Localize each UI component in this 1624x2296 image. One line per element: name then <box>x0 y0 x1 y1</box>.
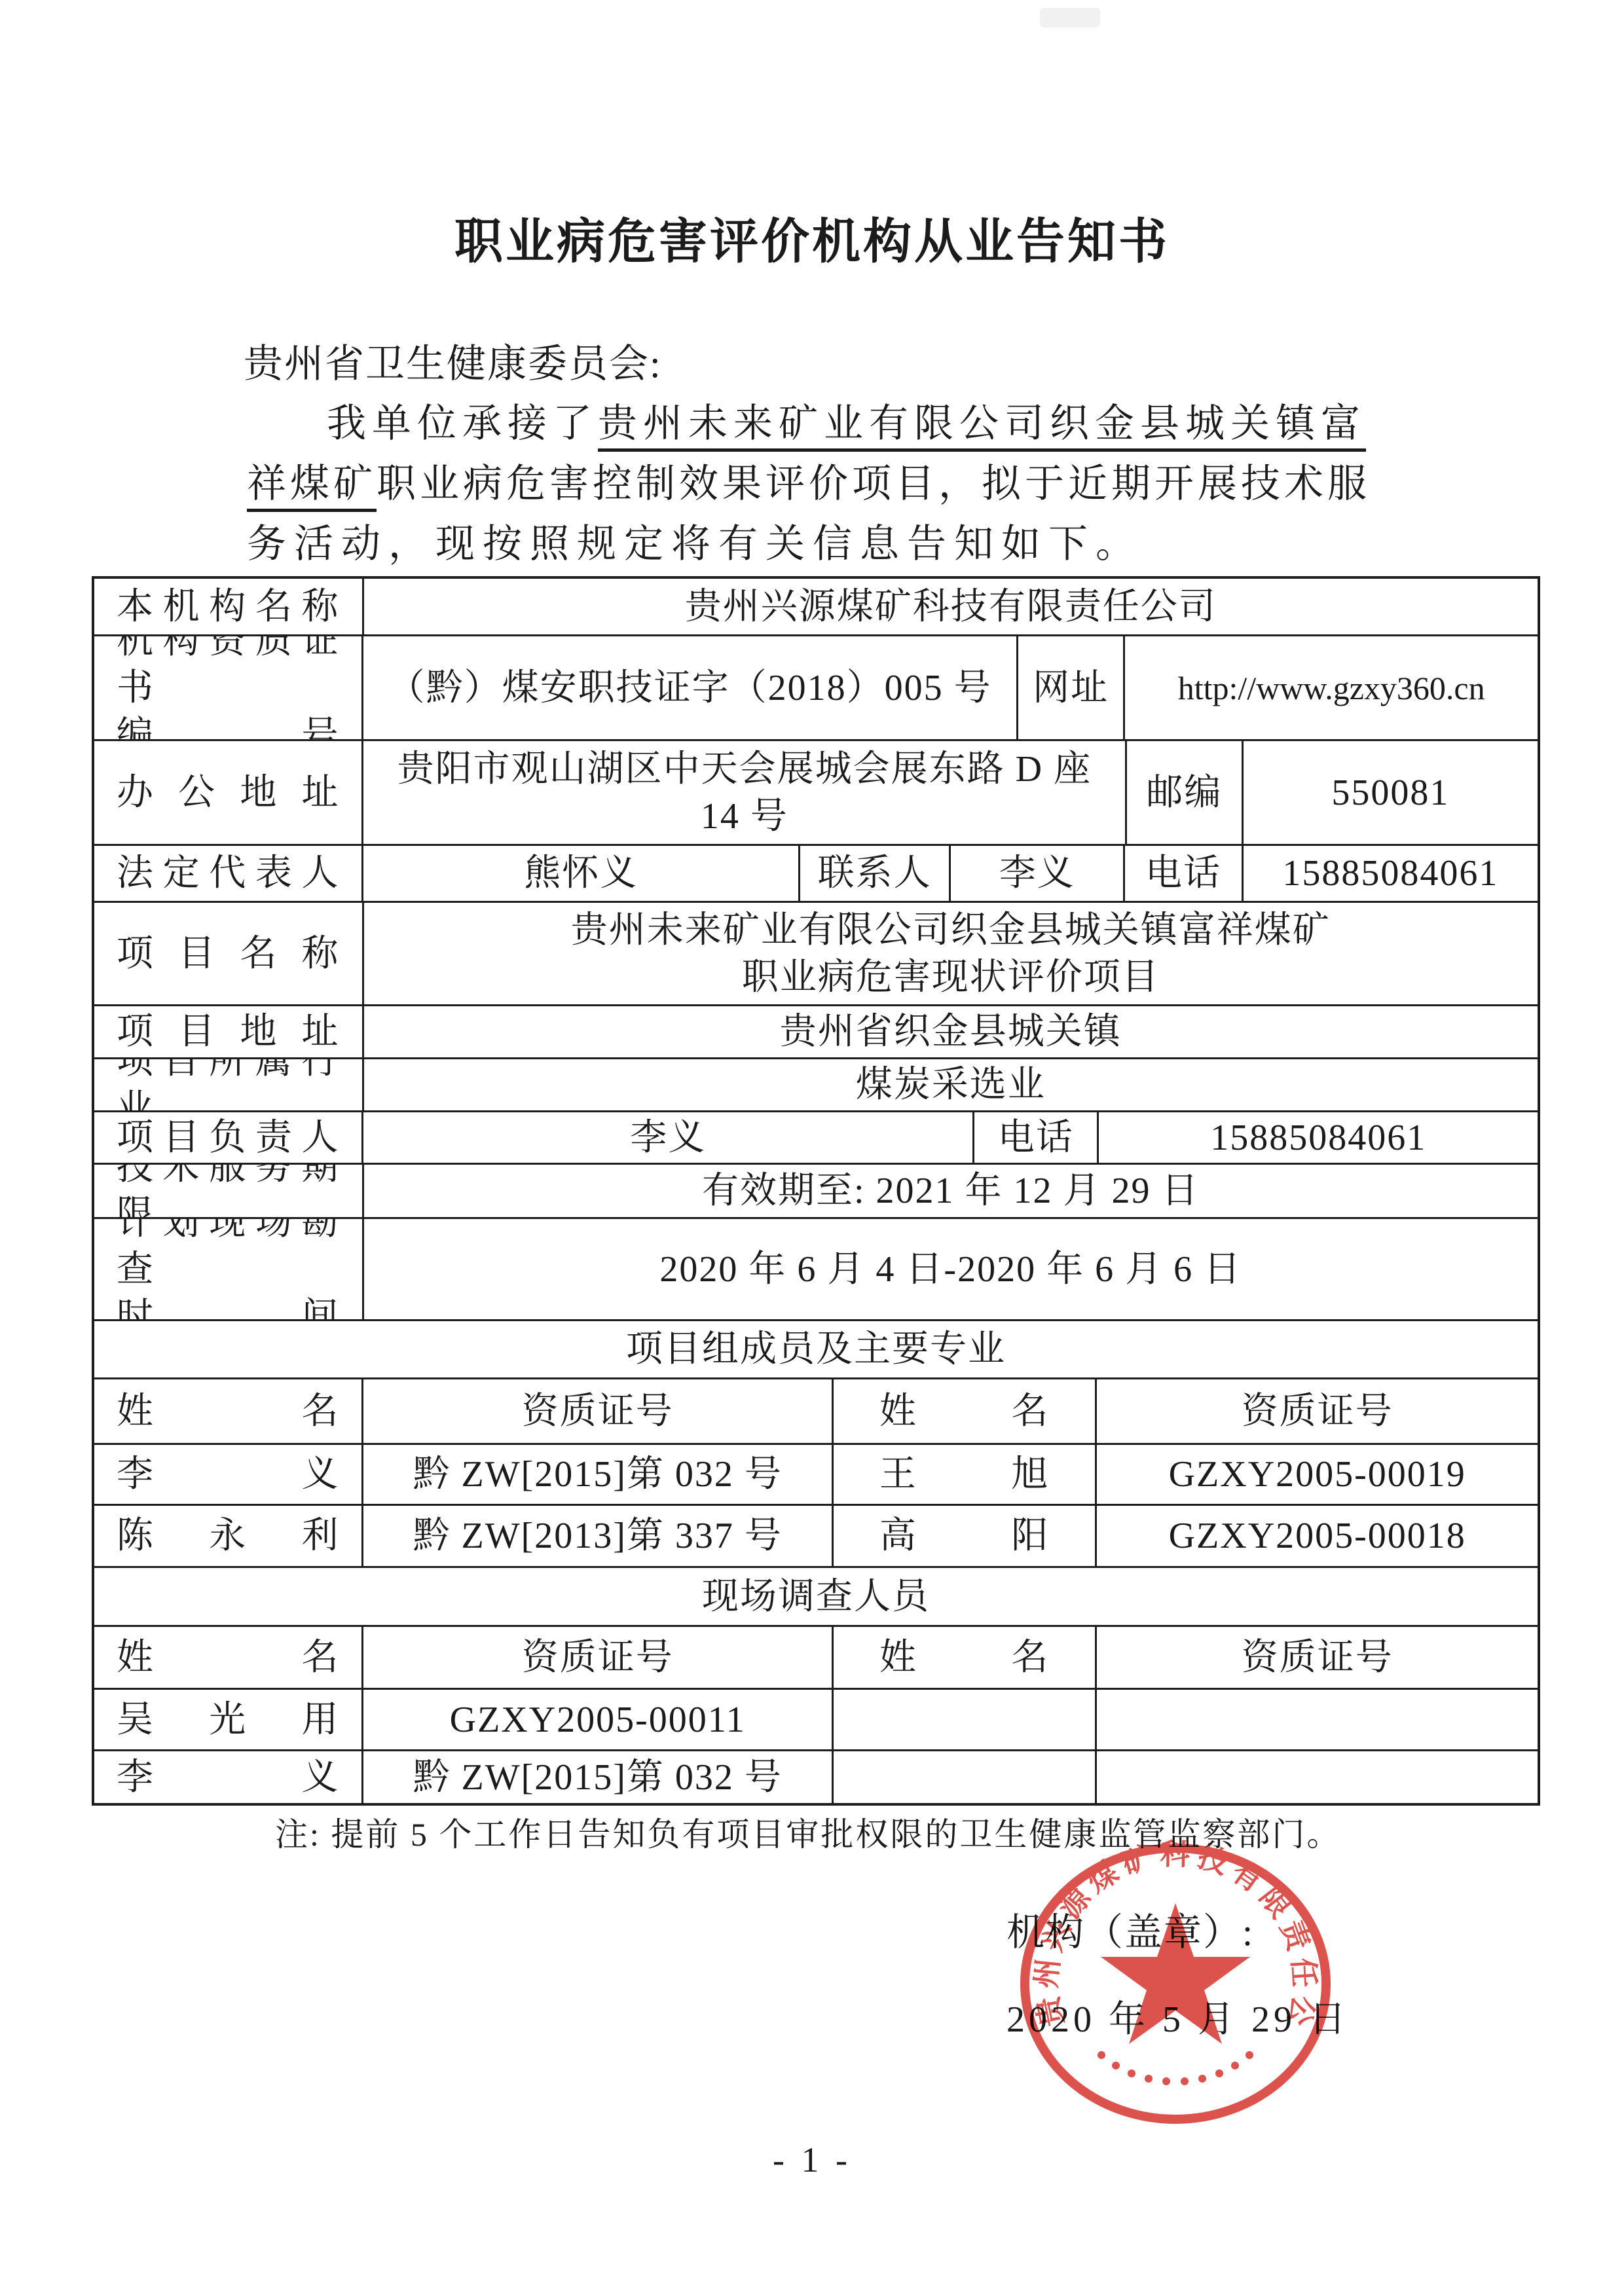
member-name-cell: 王旭 <box>832 1445 1096 1504</box>
row-members-header: 姓 名 资质证号 姓 名 资质证号 <box>94 1377 1538 1443</box>
seal-serial-dots <box>1098 2051 1253 2085</box>
info-table: 本机构名称 贵州兴源煤矿科技有限责任公司 机构资质证书 编号 （黔）煤安职技证字… <box>92 576 1540 1806</box>
field-title: 现场调查人员 <box>94 1568 1538 1625</box>
seal-star-icon <box>1101 1903 1250 2044</box>
row-org-name: 本机构名称 贵州兴源煤矿科技有限责任公司 <box>94 579 1538 634</box>
row-legal: 法定代表人 熊怀义 联系人 李义 电话 15885084061 <box>94 844 1538 901</box>
members-title: 项目组成员及主要专业 <box>94 1321 1538 1377</box>
org-name-label: 本机构名称 <box>94 579 362 634</box>
seal-graphic: 贵州兴源煤矿科技有限责任公司 <box>1016 1839 1335 2128</box>
field-cert-cell <box>1095 1690 1538 1749</box>
website-label: 网址 <box>1016 636 1123 739</box>
website-value: http://www.gzxy360.cn <box>1123 636 1538 739</box>
body-line-2-text: 职业病危害控制效果评价项目，拟于近期开展技术服 <box>377 462 1371 505</box>
page-number: - 1 - <box>0 2140 1624 2180</box>
members-cert-header-1: 资质证号 <box>361 1379 831 1443</box>
field-name-header-1: 姓 名 <box>94 1627 361 1688</box>
contact-value: 李义 <box>949 846 1123 901</box>
row-service-term: 技术服务期限 有效期至: 2021 年 12 月 29 日 <box>94 1163 1538 1217</box>
row-field-header: 姓 名 资质证号 姓 名 资质证号 <box>94 1625 1538 1688</box>
row-cert: 机构资质证书 编号 （黔）煤安职技证字（2018）005 号 网址 http:/… <box>94 634 1538 739</box>
row-project-address: 项目地址 贵州省织金县城关镇 <box>94 1004 1538 1057</box>
field-name-cell: 李义 <box>94 1751 361 1803</box>
member-row: 李义 黔 ZW[2015]第 032 号 王旭 GZXY2005-00019 <box>94 1443 1538 1504</box>
zip-value: 550081 <box>1242 741 1538 844</box>
contact-label: 联系人 <box>798 846 949 901</box>
company-seal: 贵州兴源煤矿科技有限责任公司 <box>1016 1839 1335 2128</box>
field-cert-cell: GZXY2005-00011 <box>361 1690 831 1749</box>
member-cert-cell: 黔 ZW[2015]第 032 号 <box>361 1445 831 1504</box>
leader-phone-value: 15885084061 <box>1097 1112 1538 1163</box>
members-cert-header-2: 资质证号 <box>1095 1379 1538 1443</box>
member-name-cell: 高阳 <box>832 1506 1096 1566</box>
body-line-2: 祥煤矿职业病危害控制效果评价项目，拟于近期开展技术服 <box>247 454 1386 514</box>
project-name-value: 贵州未来矿业有限公司织金县城关镇富祥煤矿 职业病危害现状评价项目 <box>362 903 1538 1004</box>
cert-label: 机构资质证书 编号 <box>94 636 361 739</box>
field-name-header-2: 姓 名 <box>832 1627 1096 1688</box>
row-members-title: 项目组成员及主要专业 <box>94 1319 1538 1377</box>
row-field-title: 现场调查人员 <box>94 1566 1538 1625</box>
org-name-value: 贵州兴源煤矿科技有限责任公司 <box>362 579 1538 634</box>
project-address-label: 项目地址 <box>94 1006 362 1057</box>
members-name-header-2: 姓 名 <box>832 1379 1096 1443</box>
row-survey-time: 计划现场勘查 时间 2020 年 6 月 4 日-2020 年 6 月 6 日 <box>94 1217 1538 1319</box>
body-line-1: 我单位承接了贵州未来矿业有限公司织金县城关镇富 <box>247 393 1386 454</box>
row-industry: 项目所属行业 煤炭采选业 <box>94 1057 1538 1110</box>
member-cert-cell: GZXY2005-00018 <box>1095 1506 1538 1566</box>
project-underline-2: 祥煤矿 <box>247 462 377 512</box>
body-paragraph: 我单位承接了贵州未来矿业有限公司织金县城关镇富 祥煤矿职业病危害控制效果评价项目… <box>247 393 1386 574</box>
field-name-cell <box>832 1690 1096 1749</box>
member-name-cell: 李义 <box>94 1445 361 1504</box>
legal-label: 法定代表人 <box>94 846 361 901</box>
member-name-cell: 陈永利 <box>94 1506 361 1566</box>
row-project-leader: 项目负责人 李义 电话 15885084061 <box>94 1110 1538 1163</box>
member-cert-cell: 黔 ZW[2013]第 337 号 <box>361 1506 831 1566</box>
office-value: 贵阳市观山湖区中天会展城会展东路 D 座 14 号 <box>361 741 1125 844</box>
member-cert-cell: GZXY2005-00019 <box>1095 1445 1538 1504</box>
industry-value: 煤炭采选业 <box>362 1059 1538 1110</box>
body-line-1-text: 我单位承接了 <box>327 402 598 445</box>
field-name-cell <box>832 1751 1096 1803</box>
field-member-row: 吴光用 GZXY2005-00011 <box>94 1688 1538 1749</box>
office-label: 办公地址 <box>94 741 361 844</box>
field-cert-cell: 黔 ZW[2015]第 032 号 <box>361 1751 831 1803</box>
document-title: 职业病危害评价机构从业告知书 <box>0 203 1624 272</box>
service-term-value: 有效期至: 2021 年 12 月 29 日 <box>362 1165 1538 1217</box>
row-project-name: 项目名称 贵州未来矿业有限公司织金县城关镇富祥煤矿 职业病危害现状评价项目 <box>94 901 1538 1004</box>
field-member-row: 李义 黔 ZW[2015]第 032 号 <box>94 1749 1538 1803</box>
industry-label: 项目所属行业 <box>94 1059 362 1110</box>
project-leader-value: 李义 <box>361 1112 972 1163</box>
members-name-header-1: 姓 名 <box>94 1379 361 1443</box>
field-cert-header-1: 资质证号 <box>361 1627 831 1688</box>
field-name-cell: 吴光用 <box>94 1690 361 1749</box>
survey-time-label: 计划现场勘查 时间 <box>94 1219 362 1319</box>
leader-phone-label: 电话 <box>972 1112 1097 1163</box>
project-leader-label: 项目负责人 <box>94 1112 361 1163</box>
project-name-label: 项目名称 <box>94 903 362 1004</box>
scan-artifact <box>1040 8 1100 27</box>
project-underline-1: 贵州未来矿业有限公司织金县城关镇富 <box>598 402 1366 452</box>
field-cert-header-2: 资质证号 <box>1095 1627 1538 1688</box>
scanned-document-page: { "title": "职业病危害评价机构从业告知书", "salutation… <box>0 0 1624 2296</box>
legal-value: 熊怀义 <box>361 846 798 901</box>
cert-value: （黔）煤安职技证字（2018）005 号 <box>361 636 1016 739</box>
service-term-label: 技术服务期限 <box>94 1165 362 1217</box>
project-address-value: 贵州省织金县城关镇 <box>362 1006 1538 1057</box>
legal-phone-value: 15885084061 <box>1242 846 1538 901</box>
row-office: 办公地址 贵阳市观山湖区中天会展城会展东路 D 座 14 号 邮编 550081 <box>94 739 1538 844</box>
member-row: 陈永利 黔 ZW[2013]第 337 号 高阳 GZXY2005-00018 <box>94 1504 1538 1566</box>
salutation: 贵州省卫生健康委员会: <box>244 333 662 389</box>
body-line-3: 务活动，现按照规定将有关信息告知如下。 <box>247 514 1386 574</box>
zip-label: 邮编 <box>1125 741 1241 844</box>
field-cert-cell <box>1095 1751 1538 1803</box>
survey-time-value: 2020 年 6 月 4 日-2020 年 6 月 6 日 <box>362 1219 1538 1319</box>
legal-phone-label: 电话 <box>1123 846 1241 901</box>
